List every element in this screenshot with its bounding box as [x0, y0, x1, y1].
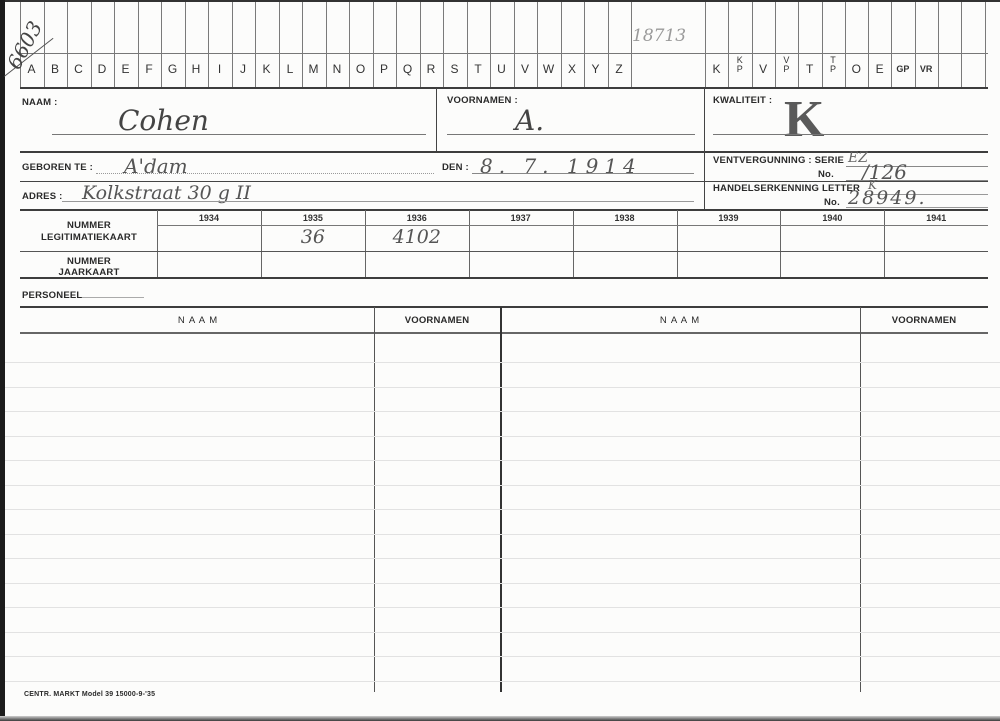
index-letter-c[interactable]: C [67, 62, 90, 76]
index-letter-s[interactable]: S [443, 62, 466, 76]
voornamen-underline [447, 134, 695, 135]
personeel-header-voornamen-left: VOORNAMEN [374, 315, 500, 326]
top-right-handwritten-number: 18713 [632, 26, 686, 46]
handelserkenning-no-value[interactable]: 28949. [848, 187, 926, 209]
year-header-1936: 1936 [365, 213, 469, 223]
ruled-line [5, 362, 1000, 363]
year-header-1941: 1941 [884, 213, 988, 223]
index-letter-n[interactable]: N [326, 62, 349, 76]
index-letter-e[interactable]: E [114, 62, 137, 76]
ruled-line [5, 534, 1000, 535]
index-letter-o[interactable]: O [349, 62, 372, 76]
index-category-tp[interactable]: TP [822, 56, 845, 74]
adres-underline [62, 201, 694, 202]
index-letter-h[interactable]: H [185, 62, 208, 76]
index-letter-y[interactable]: Y [584, 62, 607, 76]
handelserkenning-no-label: No. [824, 197, 840, 208]
ruled-line [5, 632, 1000, 633]
year-column-divider [573, 210, 574, 277]
naam-underline [52, 134, 426, 135]
index-letter-w[interactable]: W [537, 62, 560, 76]
personeel-table-top-border [20, 306, 988, 308]
geboren-te-label: GEBOREN TE : [22, 162, 93, 173]
naam-label: NAAM : [22, 97, 58, 108]
naam-value[interactable]: Cohen [118, 104, 209, 137]
divider [704, 88, 705, 151]
ruled-line [5, 387, 1000, 388]
year-column-divider [677, 210, 678, 277]
index-grid-line [938, 2, 939, 87]
year-row-divider [20, 251, 988, 252]
year-header-1934: 1934 [157, 213, 261, 223]
kwaliteit-underline [713, 134, 988, 135]
index-letter-d[interactable]: D [91, 62, 114, 76]
card-left-edge [0, 0, 5, 721]
year-header-1939: 1939 [677, 213, 781, 223]
ruled-line [5, 485, 1000, 486]
year-header-1938: 1938 [573, 213, 677, 223]
index-grid-line [822, 2, 823, 87]
index-category-v[interactable]: V [752, 62, 775, 76]
ventvergunning-label: VENTVERGUNNING : SERIE [713, 155, 844, 166]
year-header-1940: 1940 [780, 213, 884, 223]
column-divider [374, 307, 375, 692]
kwaliteit-stamp[interactable]: K [784, 92, 824, 148]
den-value[interactable]: 8. 7. 1914 [480, 154, 642, 178]
index-category-o[interactable]: O [845, 62, 868, 76]
geboren-te-underline [96, 173, 434, 174]
index-category-vr[interactable]: VR [915, 64, 938, 74]
index-letter-j[interactable]: J [232, 62, 255, 76]
year-column-divider [780, 210, 781, 277]
ruled-line [5, 656, 1000, 657]
year-header-1935: 1935 [261, 213, 365, 223]
index-grid-line [961, 2, 962, 87]
divider [436, 88, 437, 151]
index-letter-v[interactable]: V [514, 62, 537, 76]
den-underline [472, 173, 694, 174]
legitimatiekaart-cell-1935[interactable]: 36 [261, 226, 365, 248]
index-category-t[interactable]: T [798, 62, 821, 76]
index-category-gp[interactable]: GP [891, 64, 914, 74]
card-top-edge [0, 0, 1000, 2]
ruled-line [5, 681, 1000, 682]
adres-label: ADRES : [22, 191, 62, 202]
den-label: DEN : [442, 162, 469, 173]
index-letter-x[interactable]: X [561, 62, 584, 76]
legitimatiekaart-cell-1936[interactable]: 4102 [365, 226, 469, 248]
index-letter-t[interactable]: T [467, 62, 490, 76]
index-letter-f[interactable]: F [138, 62, 161, 76]
personeel-header-bottom-border [20, 332, 988, 334]
column-divider [500, 307, 502, 692]
index-letter-q[interactable]: Q [396, 62, 419, 76]
index-letter-b[interactable]: B [44, 62, 67, 76]
index-category-kp[interactable]: KP [728, 56, 751, 74]
index-category-e[interactable]: E [868, 62, 891, 76]
index-letter-i[interactable]: I [208, 62, 231, 76]
index-letter-l[interactable]: L [279, 62, 302, 76]
index-category-k[interactable]: K [705, 62, 728, 76]
divider [704, 151, 705, 209]
handelserkenning-label: HANDELSERKENNING LETTER [713, 183, 860, 194]
ruled-line [5, 411, 1000, 412]
kwaliteit-label: KWALITEIT : [713, 95, 772, 106]
geboren-te-value[interactable]: A'dam [124, 154, 188, 178]
personeel-header-naam-right: N A A M [500, 315, 860, 326]
divider [704, 181, 988, 182]
column-divider [860, 307, 861, 692]
handelserkenning-no-underline [846, 207, 988, 208]
registration-card: ABCDEFGHIJKLMNOPQRSTUVWXYZKKPVVPTTPOEGPV… [0, 0, 1000, 721]
year-table-top-border [20, 209, 988, 211]
category-bottom: P [775, 65, 798, 74]
personeel-header-naam-left: N A A M [22, 315, 374, 326]
divider [20, 87, 988, 89]
index-letter-k[interactable]: K [255, 62, 278, 76]
divider [20, 151, 988, 153]
category-bottom: P [728, 65, 751, 74]
year-column-divider [469, 210, 470, 277]
personeel-header-voornamen-right: VOORNAMEN [860, 315, 988, 326]
legitimatiekaart-label-1: NUMMER [22, 220, 156, 231]
index-grid-line [915, 2, 916, 87]
index-letter-r[interactable]: R [420, 62, 443, 76]
ruled-line [5, 436, 1000, 437]
year-column-divider [884, 210, 885, 277]
index-grid-line [775, 2, 776, 87]
footer-print-code: CENTR. MARKT Model 39 15000-9-'35 [24, 691, 155, 698]
ruled-line [5, 509, 1000, 510]
index-mid-line [20, 53, 988, 54]
ventvergunning-no-label: No. [818, 169, 834, 180]
index-letter-g[interactable]: G [161, 62, 184, 76]
legitimatiekaart-label-2: LEGITIMATIEKAART [22, 232, 156, 243]
year-column-divider [157, 210, 158, 277]
card-bottom-edge [0, 716, 1000, 721]
category-bottom: P [822, 65, 845, 74]
ruled-line [5, 607, 1000, 608]
index-category-vp[interactable]: VP [775, 56, 798, 74]
ruled-line [5, 583, 1000, 584]
voornamen-label: VOORNAMEN : [447, 95, 518, 106]
index-letter-m[interactable]: M [302, 62, 325, 76]
year-table-bottom-border [20, 277, 988, 279]
index-letter-z[interactable]: Z [608, 62, 631, 76]
index-grid-line [985, 2, 986, 87]
year-header-1937: 1937 [469, 213, 573, 223]
index-grid-line [728, 2, 729, 87]
ruled-line [5, 460, 1000, 461]
index-letter-u[interactable]: U [490, 62, 513, 76]
index-grid-line [891, 2, 892, 87]
personeel-underline [82, 297, 144, 298]
ruled-line [5, 558, 1000, 559]
jaarkaart-label-1: NUMMER [22, 256, 156, 267]
voornamen-value[interactable]: A. [515, 104, 544, 137]
index-letter-p[interactable]: P [373, 62, 396, 76]
personeel-label: PERSONEEL [22, 290, 82, 301]
